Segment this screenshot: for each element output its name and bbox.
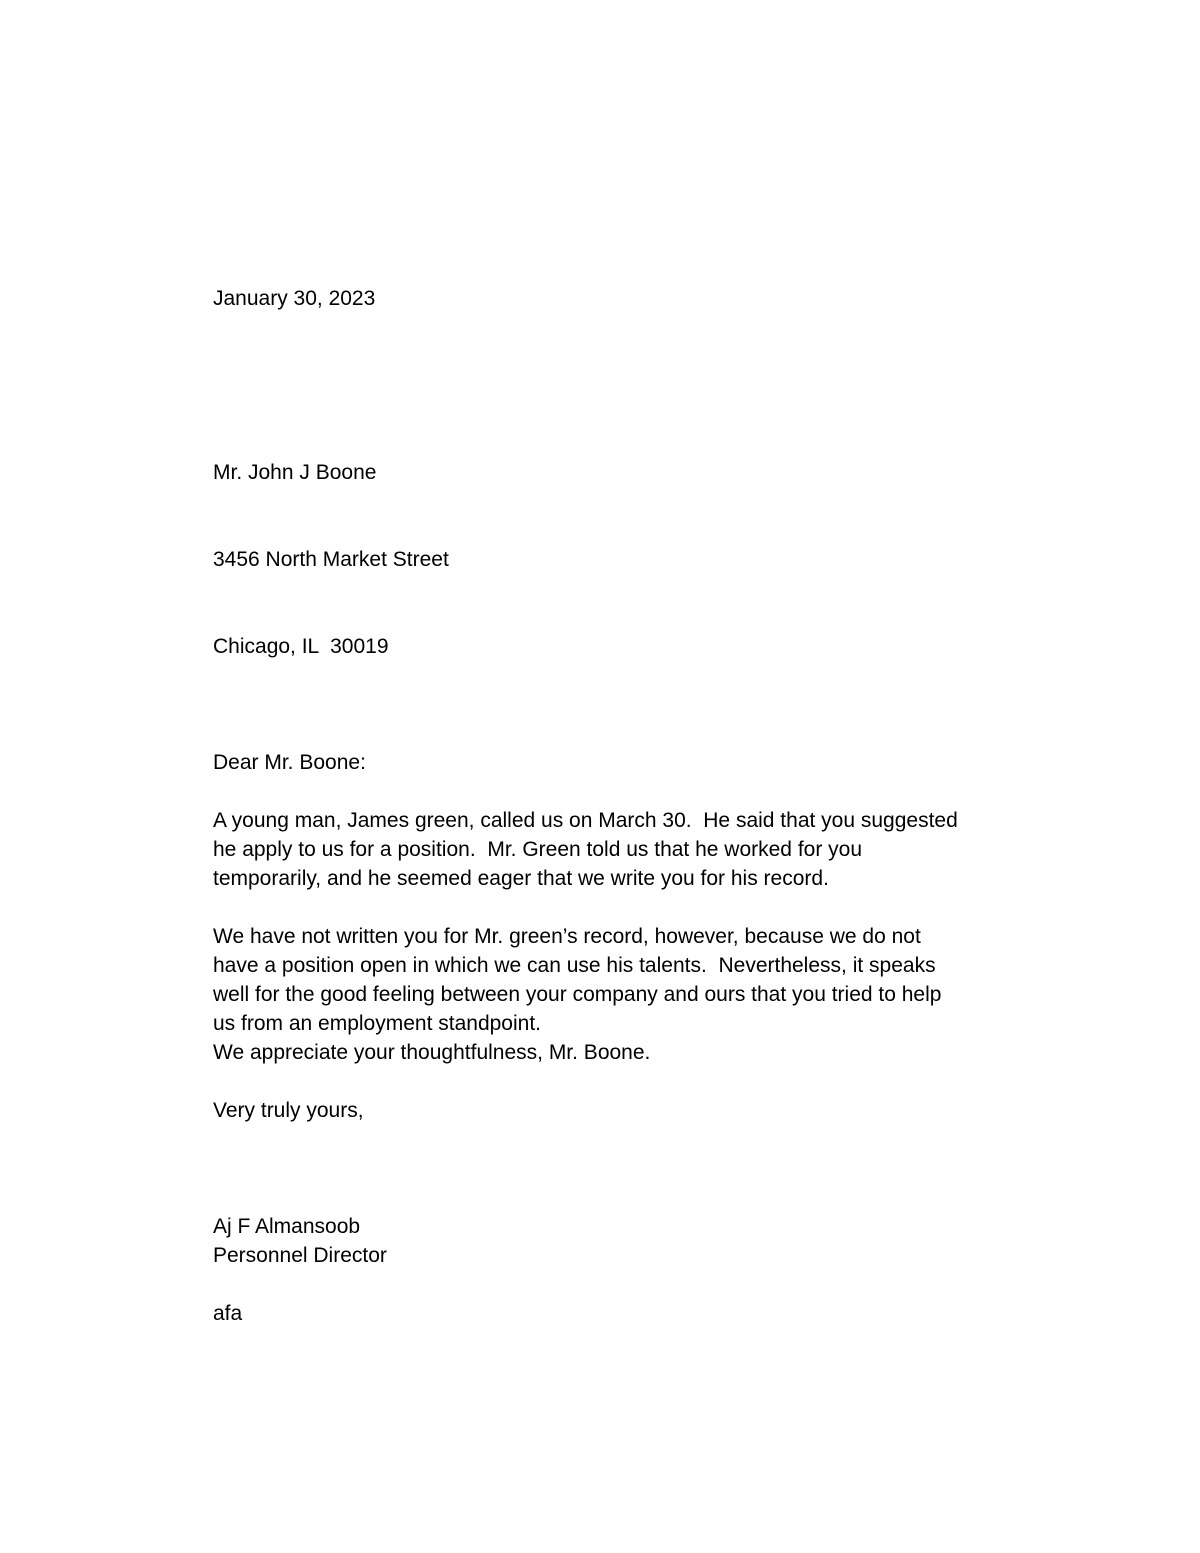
signature-name: Aj F Almansoob xyxy=(213,1212,1193,1241)
spacer xyxy=(213,313,1193,400)
recipient-city-line: Chicago, IL 30019 xyxy=(213,632,1193,661)
spacer xyxy=(213,719,1193,748)
salutation: Dear Mr. Boone: xyxy=(213,748,1193,777)
body-paragraph-2: We have not written you for Mr. green’s … xyxy=(213,922,1193,1067)
spacer xyxy=(213,1125,1193,1212)
letter-date: January 30, 2023 xyxy=(213,284,1193,313)
recipient-name: Mr. John J Boone xyxy=(213,458,1193,487)
body-paragraph-1: A young man, James green, called us on M… xyxy=(213,806,1193,893)
spacer xyxy=(213,777,1193,806)
typist-initials: afa xyxy=(213,1299,1193,1328)
signature-title: Personnel Director xyxy=(213,1241,1193,1270)
spacer xyxy=(213,893,1193,922)
recipient-address: Mr. John J Boone 3456 North Market Stree… xyxy=(213,400,1193,719)
document-page: January 30, 2023 Mr. John J Boone 3456 N… xyxy=(0,0,1200,1553)
recipient-street: 3456 North Market Street xyxy=(213,545,1193,574)
spacer xyxy=(213,1270,1193,1299)
letter-body: January 30, 2023 Mr. John J Boone 3456 N… xyxy=(213,284,1193,1328)
spacer xyxy=(213,1067,1193,1096)
closing: Very truly yours, xyxy=(213,1096,1193,1125)
